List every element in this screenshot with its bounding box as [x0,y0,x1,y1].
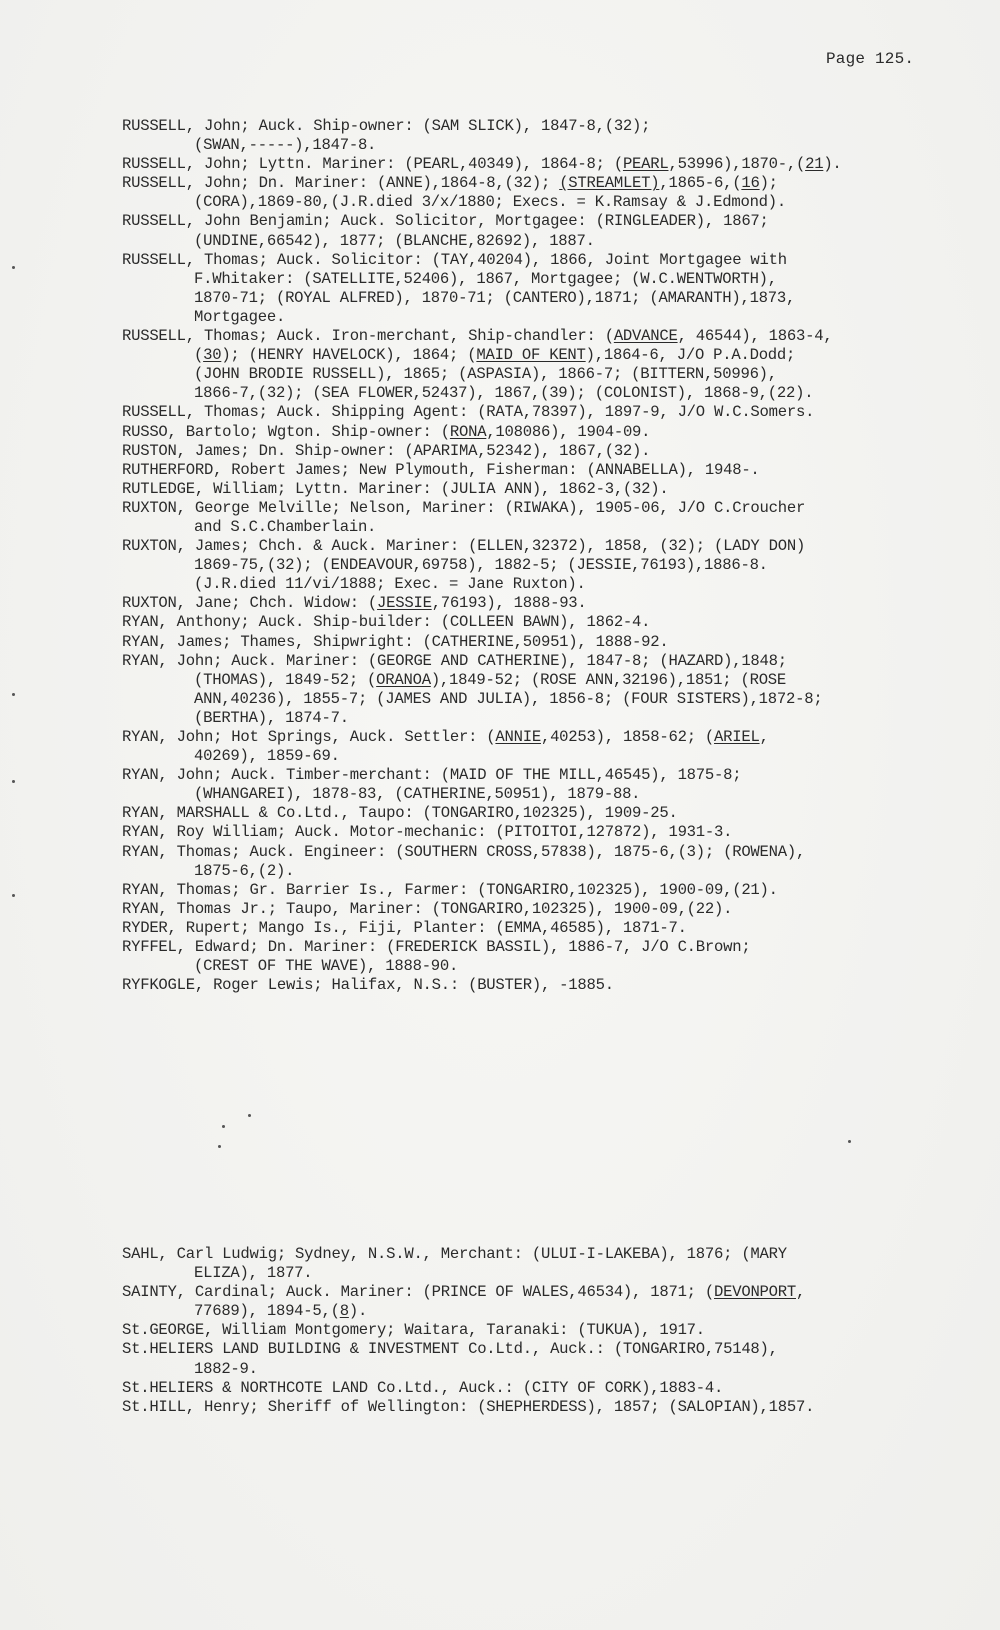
entry-text: RUSSELL, Thomas; Auck. Shipping Agent: (… [122,403,814,421]
entry-continuation-line: 1875-6,(2). [122,862,922,881]
entry-continuation-line: 1882-9. [122,1360,922,1379]
index-entry: RYAN, Roy William; Auck. Motor-mechanic:… [122,823,922,842]
entry-text: (UNDINE,66542), 1877; (BLANCHE,82692), 1… [194,232,595,250]
index-entry: SAHL, Carl Ludwig; Sydney, N.S.W., Merch… [122,1245,922,1283]
section-r-entries: RUSSELL, John; Auck. Ship-owner: (SAM SL… [122,117,922,995]
index-entry: RUSSELL, Thomas; Auck. Solicitor: (TAY,4… [122,251,922,327]
index-entry: RUSSELL, John; Lyttn. Mariner: (PEARL,40… [122,155,922,174]
entry-text: and S.C.Chamberlain. [194,518,376,536]
entry-text: ,76193), 1888-93. [432,594,587,612]
index-entry: RUTHERFORD, Robert James; New Plymouth, … [122,461,922,480]
index-entry: RYAN, MARSHALL & Co.Ltd., Taupo: (TONGAR… [122,804,922,823]
entry-text: 1866-7,(32); (SEA FLOWER,52437), 1867,(3… [194,384,813,402]
entry-continuation-line: (CORA),1869-80,(J.R.died 3/x/1880; Execs… [122,193,922,212]
entry-text: ,1865-6,( [659,174,741,192]
underlined-vessel-name: MAID OF KENT [476,346,585,364]
entry-continuation-line: (BERTHA), 1874-7. [122,709,922,728]
entry-line: RUSSELL, John; Auck. Ship-owner: (SAM SL… [122,117,922,136]
entry-continuation-line: ELIZA), 1877. [122,1264,922,1283]
underlined-vessel-name: 8 [340,1302,349,1320]
entry-continuation-line: 77689), 1894-5,(8). [122,1302,922,1321]
entry-text: RUSSELL, Thomas; Auck. Iron-merchant, Sh… [122,327,614,345]
entry-text: RYAN, MARSHALL & Co.Ltd., Taupo: (TONGAR… [122,804,678,822]
entry-text: RYFKOGLE, Roger Lewis; Halifax, N.S.: (B… [122,976,614,994]
entry-line: RYAN, MARSHALL & Co.Ltd., Taupo: (TONGAR… [122,804,922,823]
entry-text: RUSSO, Bartolo; Wgton. Ship-owner: ( [122,423,450,441]
entry-line: RUSSELL, John Benjamin; Auck. Solicitor,… [122,212,922,231]
entry-continuation-line: (CREST OF THE WAVE), 1888-90. [122,957,922,976]
entry-text: 1869-75,(32); (ENDEAVOUR,69758), 1882-5;… [194,556,768,574]
entry-text: SAHL, Carl Ludwig; Sydney, N.S.W., Merch… [122,1245,787,1263]
entry-line: RUSTON, James; Dn. Ship-owner: (APARIMA,… [122,442,922,461]
entry-text: RYAN, John; Auck. Timber-merchant: (MAID… [122,766,741,784]
entry-line: RYAN, Thomas; Gr. Barrier Is., Farmer: (… [122,881,922,900]
underlined-vessel-name: 30 [203,346,221,364]
entry-text: ),1849-52; (ROSE ANN,32196),1851; (ROSE [431,671,786,689]
underlined-vessel-name: (STREAMLET) [559,174,659,192]
index-entry: St.HELIERS LAND BUILDING & INVESTMENT Co… [122,1340,922,1378]
entry-line: St.HELIERS & NORTHCOTE LAND Co.Ltd., Auc… [122,1379,922,1398]
entry-text: (JOHN BRODIE RUSSELL), 1865; (ASPASIA), … [194,365,777,383]
page-number: Page 125. [826,50,914,68]
entry-text: 1875-6,(2). [194,862,294,880]
entry-continuation-line: (J.R.died 11/vi/1888; Exec. = Jane Ruxto… [122,575,922,594]
entry-text: RUSSELL, Thomas; Auck. Solicitor: (TAY,4… [122,251,787,269]
index-entry: RYAN, Thomas; Auck. Engineer: (SOUTHERN … [122,843,922,881]
entry-text: 77689), 1894-5,( [194,1302,340,1320]
index-entry: SAINTY, Cardinal; Auck. Mariner: (PRINCE… [122,1283,922,1321]
index-entry: St.HILL, Henry; Sheriff of Wellington: (… [122,1398,922,1417]
entry-text: (CORA),1869-80,(J.R.died 3/x/1880; Execs… [194,193,786,211]
index-entry: RYAN, John; Auck. Timber-merchant: (MAID… [122,766,922,804]
entry-line: RUXTON, George Melville; Nelson, Mariner… [122,499,922,518]
entry-text: (THOMAS), 1849-52; ( [194,671,376,689]
index-entry: RUSSELL, Thomas; Auck. Shipping Agent: (… [122,403,922,422]
index-entry: St.GEORGE, William Montgomery; Waitara, … [122,1321,922,1340]
entry-continuation-line: and S.C.Chamberlain. [122,518,922,537]
entry-text: RUSSELL, John; Lyttn. Mariner: (PEARL,40… [122,155,623,173]
entry-text: RYAN, Thomas; Gr. Barrier Is., Farmer: (… [122,881,778,899]
entry-continuation-line: (WHANGAREI), 1878-83, (CATHERINE,50951),… [122,785,922,804]
entry-text: ). [349,1302,367,1320]
entry-line: RYAN, John; Auck. Mariner: (GEORGE AND C… [122,652,922,671]
index-entry: RUTLEDGE, William; Lyttn. Mariner: (JULI… [122,480,922,499]
entry-text: RYAN, Thomas; Auck. Engineer: (SOUTHERN … [122,843,805,861]
scan-speck [218,1145,221,1148]
index-entry: RUXTON, George Melville; Nelson, Mariner… [122,499,922,537]
entry-text: (J.R.died 11/vi/1888; Exec. = Jane Ruxto… [194,575,586,593]
underlined-vessel-name: DEVONPORT [714,1283,796,1301]
entry-text: RYFFEL, Edward; Dn. Mariner: (FREDERICK … [122,938,750,956]
entry-text: ( [194,346,203,364]
entry-text: , [796,1283,805,1301]
entry-line: RUSSELL, John; Dn. Mariner: (ANNE),1864-… [122,174,922,193]
scan-speck [12,266,15,269]
index-entry: RUSSELL, Thomas; Auck. Iron-merchant, Sh… [122,327,922,403]
underlined-vessel-name: 16 [741,174,759,192]
entry-text: , [760,728,769,746]
scan-speck [12,894,15,897]
entry-text: RUSSELL, John Benjamin; Auck. Solicitor,… [122,212,769,230]
entry-continuation-line: (30); (HENRY HAVELOCK), 1864; (MAID OF K… [122,346,922,365]
entry-line: RUSSELL, Thomas; Auck. Solicitor: (TAY,4… [122,251,922,270]
entry-text: St.HELIERS LAND BUILDING & INVESTMENT Co… [122,1340,778,1358]
entry-line: RYAN, John; Auck. Timber-merchant: (MAID… [122,766,922,785]
entry-continuation-line: (UNDINE,66542), 1877; (BLANCHE,82692), 1… [122,232,922,251]
entry-text: RUXTON, Jane; Chch. Widow: ( [122,594,377,612]
entry-text: ). [823,155,841,173]
entry-text: (BERTHA), 1874-7. [194,709,349,727]
underlined-vessel-name: 21 [805,155,823,173]
underlined-vessel-name: PEARL [623,155,669,173]
entry-continuation-line: 1866-7,(32); (SEA FLOWER,52437), 1867,(3… [122,384,922,403]
entry-text: St.GEORGE, William Montgomery; Waitara, … [122,1321,705,1339]
section-s-entries: SAHL, Carl Ludwig; Sydney, N.S.W., Merch… [122,1245,922,1417]
underlined-vessel-name: ANNIE [495,728,541,746]
entry-text: ,108086), 1904-09. [486,423,650,441]
entry-text: RUSTON, James; Dn. Ship-owner: (APARIMA,… [122,442,650,460]
entry-text: ); (HENRY HAVELOCK), 1864; ( [221,346,476,364]
entry-line: RYFFEL, Edward; Dn. Mariner: (FREDERICK … [122,938,922,957]
index-entry: RYAN, Thomas; Gr. Barrier Is., Farmer: (… [122,881,922,900]
entry-line: RYAN, Roy William; Auck. Motor-mechanic:… [122,823,922,842]
underlined-vessel-name: ORANOA [376,671,431,689]
entry-text: ELIZA), 1877. [194,1264,312,1282]
entry-text: Mortgagee. [194,308,285,326]
entry-text: RUXTON, George Melville; Nelson, Mariner… [122,499,805,517]
index-entry: RUSSELL, John; Dn. Mariner: (ANNE),1864-… [122,174,922,212]
index-entry: RUXTON, James; Chch. & Auck. Mariner: (E… [122,537,922,594]
underlined-vessel-name: RONA [450,423,486,441]
entry-text: St.HILL, Henry; Sheriff of Wellington: (… [122,1398,814,1416]
scan-speck [222,1125,225,1128]
entry-line: RYDER, Rupert; Mango Is., Fiji, Planter:… [122,919,922,938]
entry-line: SAINTY, Cardinal; Auck. Mariner: (PRINCE… [122,1283,922,1302]
entry-continuation-line: 1869-75,(32); (ENDEAVOUR,69758), 1882-5;… [122,556,922,575]
scan-speck [12,693,15,696]
entry-line: RUTLEDGE, William; Lyttn. Mariner: (JULI… [122,480,922,499]
index-entry: RYAN, Thomas Jr.; Taupo, Mariner: (TONGA… [122,900,922,919]
scan-speck [248,1114,251,1117]
index-entry: RUSSELL, John Benjamin; Auck. Solicitor,… [122,212,922,250]
entry-continuation-line: 40269), 1859-69. [122,747,922,766]
entry-text: ); [760,174,778,192]
entry-line: RUTHERFORD, Robert James; New Plymouth, … [122,461,922,480]
index-entry: RYAN, James; Thames, Shipwright: (CATHER… [122,633,922,652]
index-entry: RYAN, Anthony; Auck. Ship-builder: (COLL… [122,613,922,632]
index-entry: RUXTON, Jane; Chch. Widow: (JESSIE,76193… [122,594,922,613]
entry-line: RYAN, Thomas Jr.; Taupo, Mariner: (TONGA… [122,900,922,919]
entry-line: RUSSELL, Thomas; Auck. Shipping Agent: (… [122,403,922,422]
entry-continuation-line: 1870-71; (ROYAL ALFRED), 1870-71; (CANTE… [122,289,922,308]
entry-continuation-line: ANN,40236), 1855-7; (JAMES AND JULIA), 1… [122,690,922,709]
entry-text: RYAN, Roy William; Auck. Motor-mechanic:… [122,823,732,841]
index-entry: RUSSELL, John; Auck. Ship-owner: (SAM SL… [122,117,922,155]
entry-line: RYFKOGLE, Roger Lewis; Halifax, N.S.: (B… [122,976,922,995]
entry-continuation-line: (JOHN BRODIE RUSSELL), 1865; (ASPASIA), … [122,365,922,384]
index-entry: RYAN, John; Hot Springs, Auck. Settler: … [122,728,922,766]
entry-text: RUSSELL, John; Auck. Ship-owner: (SAM SL… [122,117,650,135]
entry-text: 1870-71; (ROYAL ALFRED), 1870-71; (CANTE… [194,289,795,307]
entry-text: 40269), 1859-69. [194,747,340,765]
entry-line: RYAN, James; Thames, Shipwright: (CATHER… [122,633,922,652]
scan-speck [12,780,15,783]
entry-line: RUSSO, Bartolo; Wgton. Ship-owner: (RONA… [122,423,922,442]
entry-text: RYAN, John; Auck. Mariner: (GEORGE AND C… [122,652,787,670]
entry-text: (SWAN,-----),1847-8. [194,136,376,154]
index-entry: St.HELIERS & NORTHCOTE LAND Co.Ltd., Auc… [122,1379,922,1398]
entry-text: (WHANGAREI), 1878-83, (CATHERINE,50951),… [194,785,640,803]
entry-text: (CREST OF THE WAVE), 1888-90. [194,957,458,975]
underlined-vessel-name: JESSIE [377,594,432,612]
entry-text: St.HELIERS & NORTHCOTE LAND Co.Ltd., Auc… [122,1379,723,1397]
entry-line: RUXTON, James; Chch. & Auck. Mariner: (E… [122,537,922,556]
entry-text: F.Whitaker: (SATELLITE,52406), 1867, Mor… [194,270,777,288]
entry-line: St.GEORGE, William Montgomery; Waitara, … [122,1321,922,1340]
index-entry: RYAN, John; Auck. Mariner: (GEORGE AND C… [122,652,922,728]
entry-text: 1882-9. [194,1360,258,1378]
entry-text: RYAN, Thomas Jr.; Taupo, Mariner: (TONGA… [122,900,732,918]
entry-continuation-line: (SWAN,-----),1847-8. [122,136,922,155]
index-entry: RUSTON, James; Dn. Ship-owner: (APARIMA,… [122,442,922,461]
entry-text: RYDER, Rupert; Mango Is., Fiji, Planter:… [122,919,687,937]
entry-continuation-line: F.Whitaker: (SATELLITE,52406), 1867, Mor… [122,270,922,289]
entry-text: ),1864-6, J/O P.A.Dodd; [586,346,795,364]
entry-line: St.HELIERS LAND BUILDING & INVESTMENT Co… [122,1340,922,1359]
underlined-vessel-name: ADVANCE [614,327,678,345]
entry-line: RYAN, Thomas; Auck. Engineer: (SOUTHERN … [122,843,922,862]
entry-continuation-line: (THOMAS), 1849-52; (ORANOA),1849-52; (RO… [122,671,922,690]
index-entry: RYFKOGLE, Roger Lewis; Halifax, N.S.: (B… [122,976,922,995]
entry-text: RYAN, Anthony; Auck. Ship-builder: (COLL… [122,613,650,631]
entry-text: ,40253), 1858-62; ( [541,728,714,746]
entry-text: RUXTON, James; Chch. & Auck. Mariner: (E… [122,537,805,555]
entry-line: RUSSELL, Thomas; Auck. Iron-merchant, Sh… [122,327,922,346]
entry-line: SAHL, Carl Ludwig; Sydney, N.S.W., Merch… [122,1245,922,1264]
entry-line: St.HILL, Henry; Sheriff of Wellington: (… [122,1398,922,1417]
index-entry: RYFFEL, Edward; Dn. Mariner: (FREDERICK … [122,938,922,976]
scan-speck [848,1140,851,1143]
entry-line: RYAN, Anthony; Auck. Ship-builder: (COLL… [122,613,922,632]
index-entry: RYDER, Rupert; Mango Is., Fiji, Planter:… [122,919,922,938]
entry-text: RYAN, John; Hot Springs, Auck. Settler: … [122,728,495,746]
entry-text: ,53996),1870-,( [668,155,805,173]
entry-text: ANN,40236), 1855-7; (JAMES AND JULIA), 1… [194,690,822,708]
document-page: Page 125. RUSSELL, John; Auck. Ship-owne… [0,0,1000,1630]
underlined-vessel-name: ARIEL [714,728,760,746]
index-entry: RUSSO, Bartolo; Wgton. Ship-owner: (RONA… [122,423,922,442]
entry-line: RUXTON, Jane; Chch. Widow: (JESSIE,76193… [122,594,922,613]
entry-text: RUSSELL, John; Dn. Mariner: (ANNE),1864-… [122,174,559,192]
entry-text: SAINTY, Cardinal; Auck. Mariner: (PRINCE… [122,1283,714,1301]
entry-line: RUSSELL, John; Lyttn. Mariner: (PEARL,40… [122,155,922,174]
entry-text: , 46544), 1863-4, [678,327,833,345]
entry-line: RYAN, John; Hot Springs, Auck. Settler: … [122,728,922,747]
entry-text: RUTHERFORD, Robert James; New Plymouth, … [122,461,760,479]
entry-text: RUTLEDGE, William; Lyttn. Mariner: (JULI… [122,480,668,498]
entry-text: RYAN, James; Thames, Shipwright: (CATHER… [122,633,668,651]
entry-continuation-line: Mortgagee. [122,308,922,327]
